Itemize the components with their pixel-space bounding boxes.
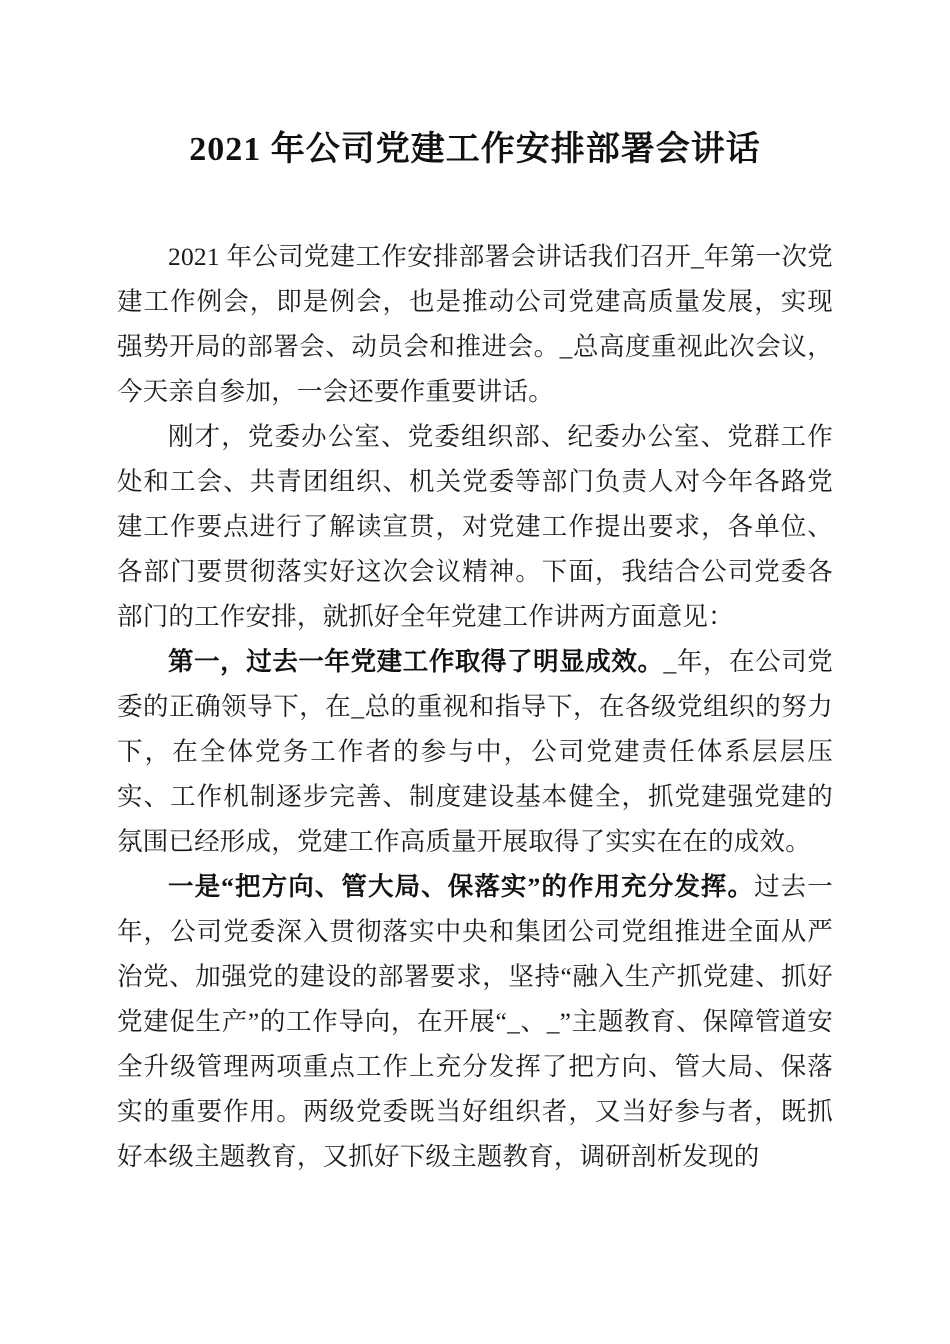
text-segment: 刚才，党委办公室、党委组织部、纪委办公室、党群工作处和工会、共青团组织、机关党委…	[117, 422, 833, 631]
bold-text-segment: 第一，过去一年党建工作取得了明显成效。	[168, 647, 664, 676]
document-body: 2021 年公司党建工作安排部署会讲话我们召开_年第一次党建工作例会，即是例会，…	[117, 234, 833, 1179]
document-title: 2021 年公司党建工作安排部署会讲话	[117, 126, 833, 174]
text-segment: 2021 年公司党建工作安排部署会讲话我们召开_年第一次党建工作例会，即是例会，…	[117, 242, 833, 406]
bold-text-segment: 一是“把方向、管大局、保落实”的作用充分发挥。	[168, 872, 754, 901]
paragraph: 2021 年公司党建工作安排部署会讲话我们召开_年第一次党建工作例会，即是例会，…	[117, 234, 833, 414]
text-segment: _年，在公司党委的正确领导下，在_总的重视和指导下，在各级党组织的努力下，在全体…	[117, 647, 833, 856]
document-page: 2021 年公司党建工作安排部署会讲话 2021 年公司党建工作安排部署会讲话我…	[0, 0, 950, 1344]
paragraph: 刚才，党委办公室、党委组织部、纪委办公室、党群工作处和工会、共青团组织、机关党委…	[117, 414, 833, 639]
paragraph: 一是“把方向、管大局、保落实”的作用充分发挥。过去一年，公司党委深入贯彻落实中央…	[117, 864, 833, 1179]
paragraph: 第一，过去一年党建工作取得了明显成效。_年，在公司党委的正确领导下，在_总的重视…	[117, 639, 833, 864]
text-segment: 过去一年，公司党委深入贯彻落实中央和集团公司党组推进全面从严治党、加强党的建设的…	[117, 872, 833, 1171]
